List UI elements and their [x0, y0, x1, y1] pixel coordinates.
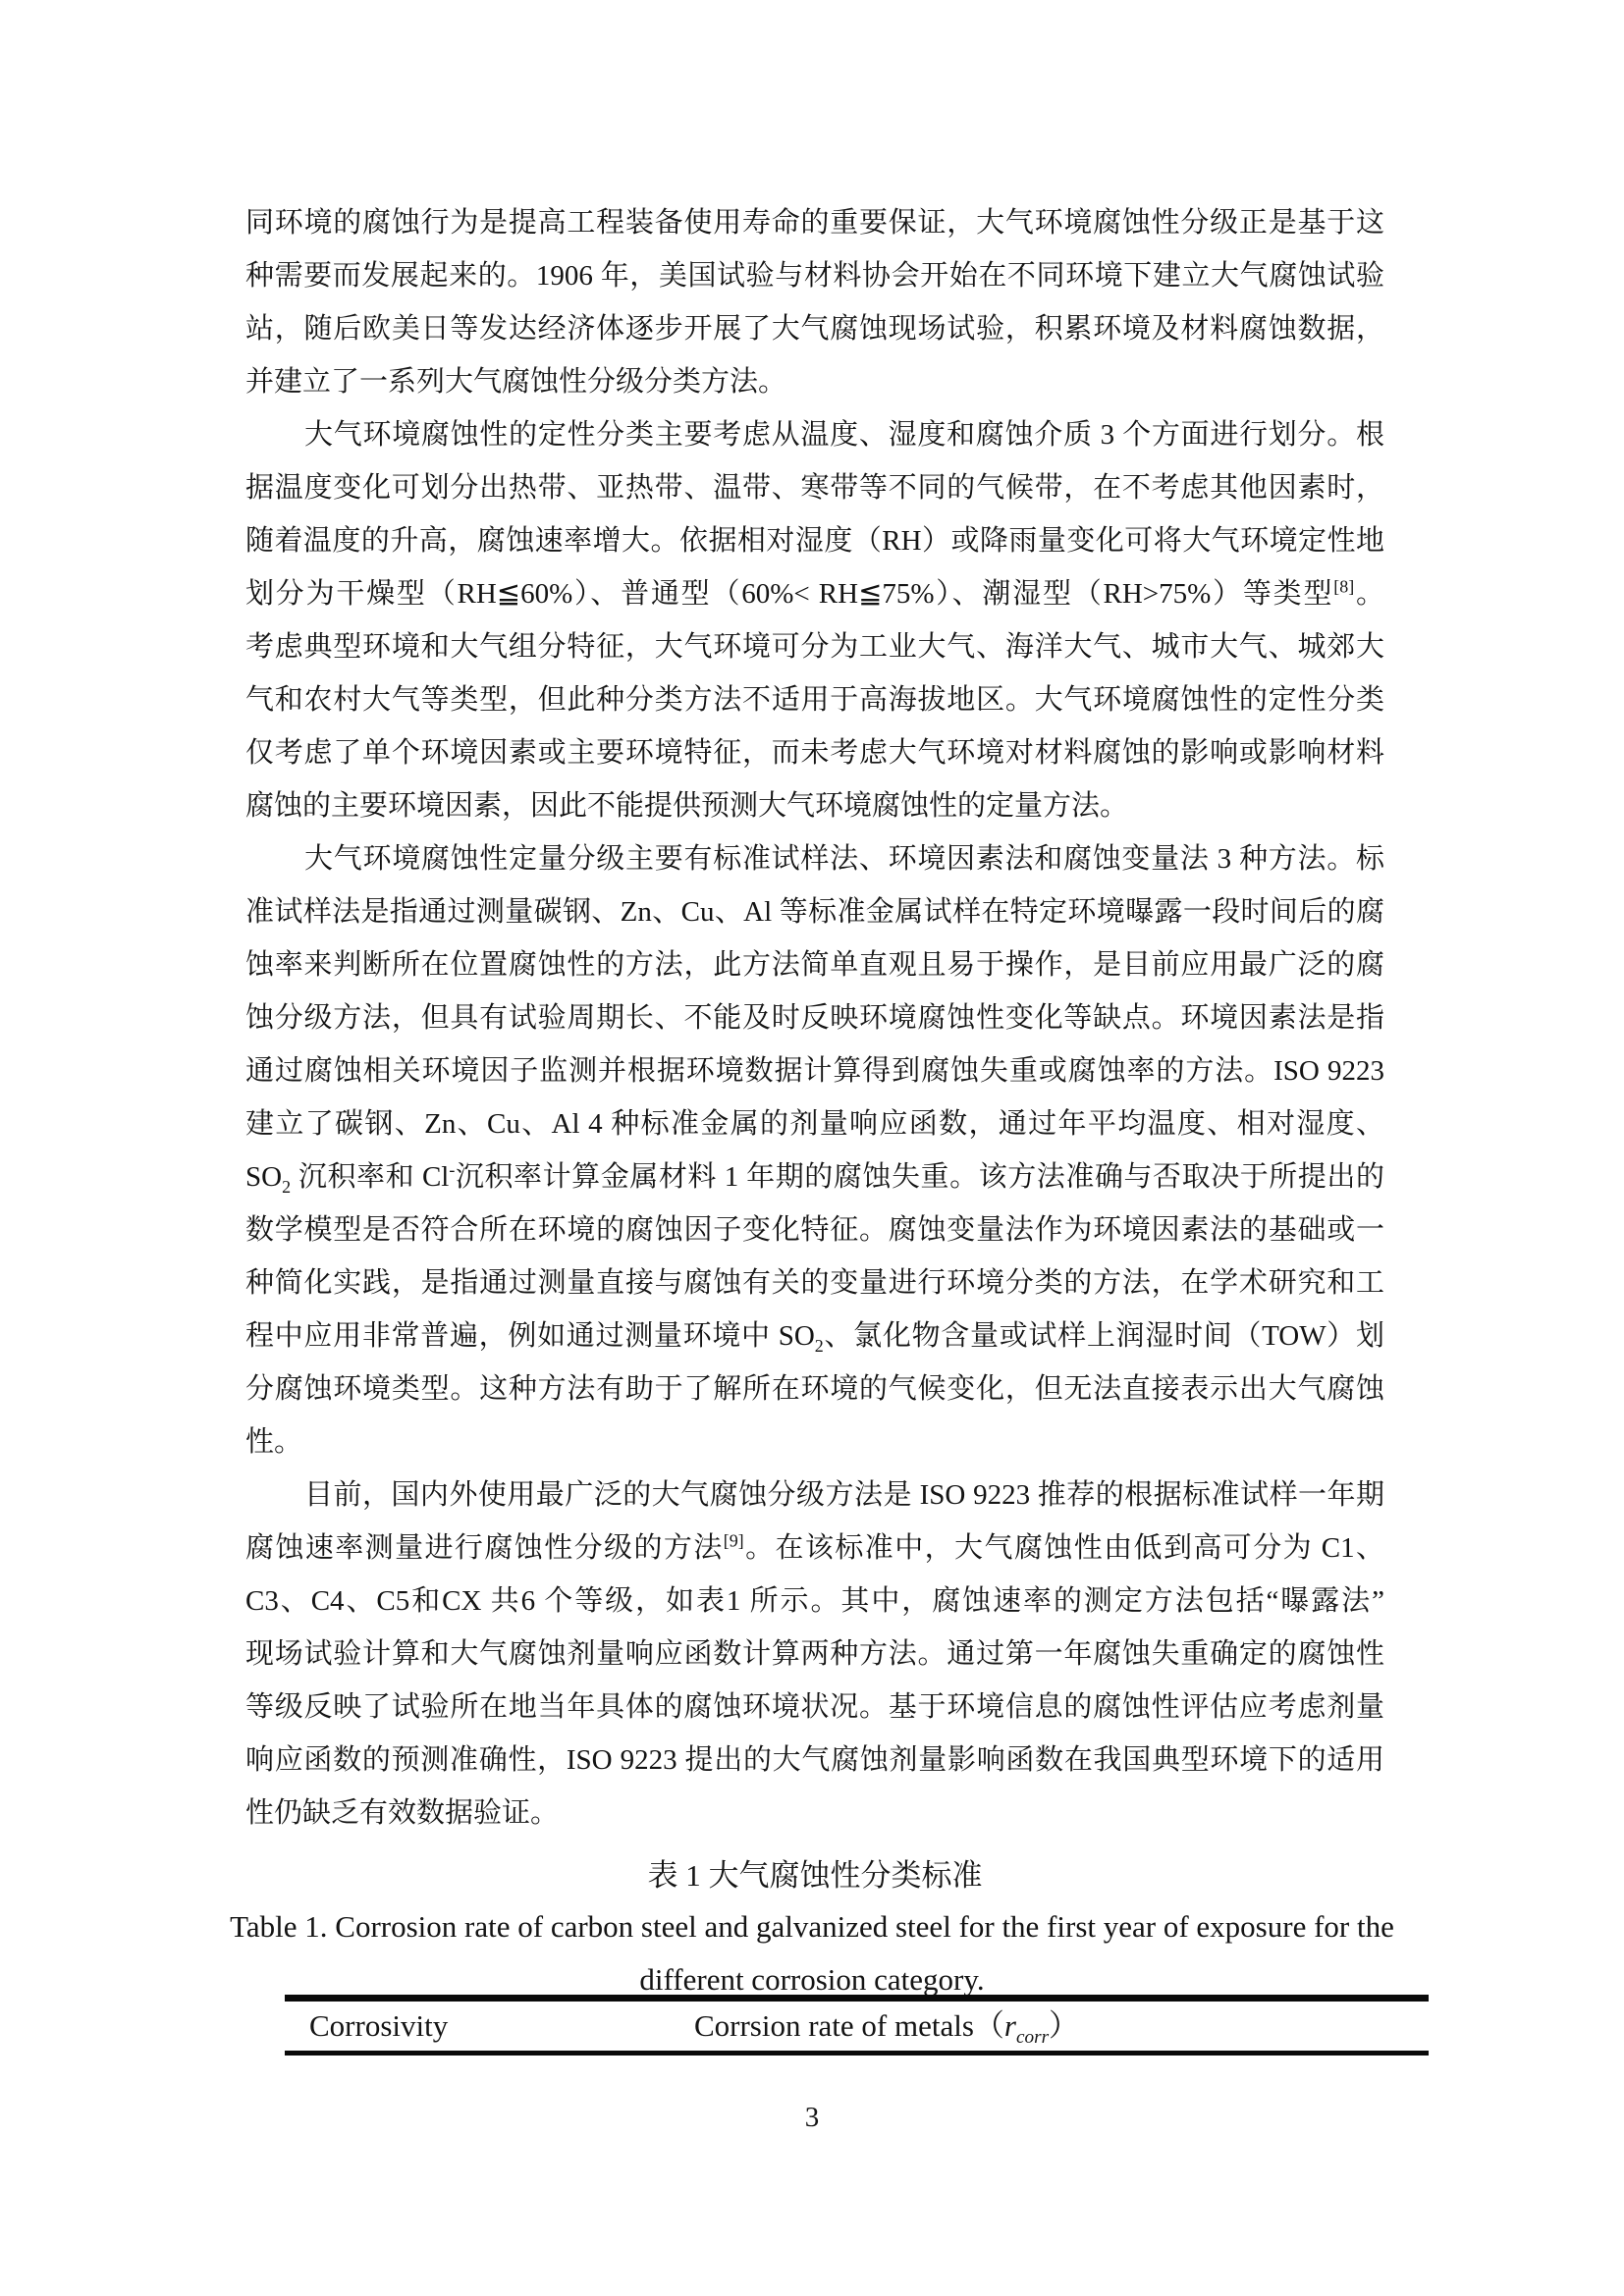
- text-line: 大气环境腐蚀性的定性分类主要考虑从温度、湿度和腐蚀介质 3 个方面进行划分。根: [245, 408, 1384, 461]
- text-line: 蚀分级方法，但具有试验周期长、不能及时反映环境腐蚀性变化等缺点。环境因素法是指: [245, 991, 1384, 1044]
- text-line: 等级反映了试验所在地当年具体的腐蚀环境状况。基于环境信息的腐蚀性评估应考虑剂量: [245, 1681, 1384, 1734]
- text-line: SO2 沉积率和 Cl-沉积率计算金属材料 1 年期的腐蚀失重。该方法准确与否取…: [245, 1150, 1384, 1203]
- table-header-corrosion-rate: Corrsion rate of metals（rcorr）: [694, 2002, 1079, 2051]
- table-header-corrosivity: Corrosivity: [309, 2002, 448, 2051]
- text-line: 同环境的腐蚀行为是提高工程装备使用寿命的重要保证，大气环境腐蚀性分级正是基于这: [245, 196, 1384, 249]
- text-line: C3、C4、C5和CX 共6 个等级，如表1 所示。其中，腐蚀速率的测定方法包括…: [245, 1575, 1384, 1628]
- text-line: 种需要而发展起来的。1906 年，美国试验与材料协会开始在不同环境下建立大气腐蚀…: [245, 249, 1384, 302]
- table-caption-zh: 表 1 大气腐蚀性分类标准: [245, 1849, 1384, 1902]
- document-page: 同环境的腐蚀行为是提高工程装备使用寿命的重要保证，大气环境腐蚀性分级正是基于这种…: [0, 0, 1624, 2296]
- text-line: 性仍缺乏有效数据验证。: [245, 1787, 1384, 1840]
- text-line: 大气环境腐蚀性定量分级主要有标准试样法、环境因素法和腐蚀变量法 3 种方法。标: [245, 832, 1384, 885]
- page-number: 3: [0, 2091, 1624, 2144]
- text-line: 腐蚀的主要环境因素，因此不能提供预测大气环境腐蚀性的定量方法。: [245, 779, 1384, 832]
- text-line: 程中应用非常普遍，例如通过测量环境中 SO2、氯化物含量或试样上润湿时间（TOW…: [245, 1309, 1384, 1362]
- table-caption-en-line1: Table 1. Corrosion rate of carbon steel …: [193, 1900, 1431, 1953]
- text-line: 站，随后欧美日等发达经济体逐步开展了大气腐蚀现场试验，积累环境及材料腐蚀数据，: [245, 302, 1384, 355]
- text-line: 划分为干燥型（RH≦60%）、普通型（60%< RH≦75%）、潮湿型（RH>7…: [245, 567, 1384, 620]
- text-line: 腐蚀速率测量进行腐蚀性分级的方法[9]。在该标准中，大气腐蚀性由低到高可分为 C…: [245, 1522, 1384, 1575]
- text-line: 建立了碳钢、Zn、Cu、Al 4 种标准金属的剂量响应函数，通过年平均温度、相对…: [245, 1097, 1384, 1150]
- text-line: 准试样法是指通过测量碳钢、Zn、Cu、Al 等标准金属试样在特定环境曝露一段时间…: [245, 885, 1384, 938]
- text-line: 并建立了一系列大气腐蚀性分级分类方法。: [245, 355, 1384, 408]
- text-line: 仅考虑了单个环境因素或主要环境特征，而未考虑大气环境对材料腐蚀的影响或影响材料: [245, 726, 1384, 779]
- text-line: 气和农村大气等类型，但此种分类方法不适用于高海拔地区。大气环境腐蚀性的定性分类: [245, 673, 1384, 726]
- text-line: 响应函数的预测准确性，ISO 9223 提出的大气腐蚀剂量影响函数在我国典型环境…: [245, 1734, 1384, 1787]
- text-line: 种简化实践，是指通过测量直接与腐蚀有关的变量进行环境分类的方法，在学术研究和工: [245, 1256, 1384, 1309]
- text-line: 随着温度的升高，腐蚀速率增大。依据相对湿度（RH）或降雨量变化可将大气环境定性地: [245, 514, 1384, 567]
- text-line: 目前，国内外使用最广泛的大气腐蚀分级方法是 ISO 9223 推荐的根据标准试样…: [245, 1468, 1384, 1522]
- body-text: 同环境的腐蚀行为是提高工程装备使用寿命的重要保证，大气环境腐蚀性分级正是基于这种…: [245, 196, 1384, 1840]
- text-line: 通过腐蚀相关环境因子监测并根据环境数据计算得到腐蚀失重或腐蚀率的方法。ISO 9…: [245, 1044, 1384, 1097]
- text-line: 考虑典型环境和大气组分特征，大气环境可分为工业大气、海洋大气、城市大气、城郊大: [245, 620, 1384, 673]
- text-line: 分腐蚀环境类型。这种方法有助于了解所在环境的气候变化，但无法直接表示出大气腐蚀: [245, 1362, 1384, 1415]
- text-line: 数学模型是否符合所在环境的腐蚀因子变化特征。腐蚀变量法作为环境因素法的基础或一: [245, 1203, 1384, 1256]
- text-line: 蚀率来判断所在位置腐蚀性的方法，此方法简单直观且易于操作，是目前应用最广泛的腐: [245, 938, 1384, 991]
- text-line: 据温度变化可划分出热带、亚热带、温带、寒带等不同的气候带，在不考虑其他因素时，: [245, 461, 1384, 514]
- corrosivity-table-header: Corrosivity Corrsion rate of metals（rcor…: [285, 1995, 1429, 2056]
- text-line: 性。: [245, 1415, 1384, 1468]
- text-line: 现场试验计算和大气腐蚀剂量响应函数计算两种方法。通过第一年腐蚀失重确定的腐蚀性: [245, 1628, 1384, 1681]
